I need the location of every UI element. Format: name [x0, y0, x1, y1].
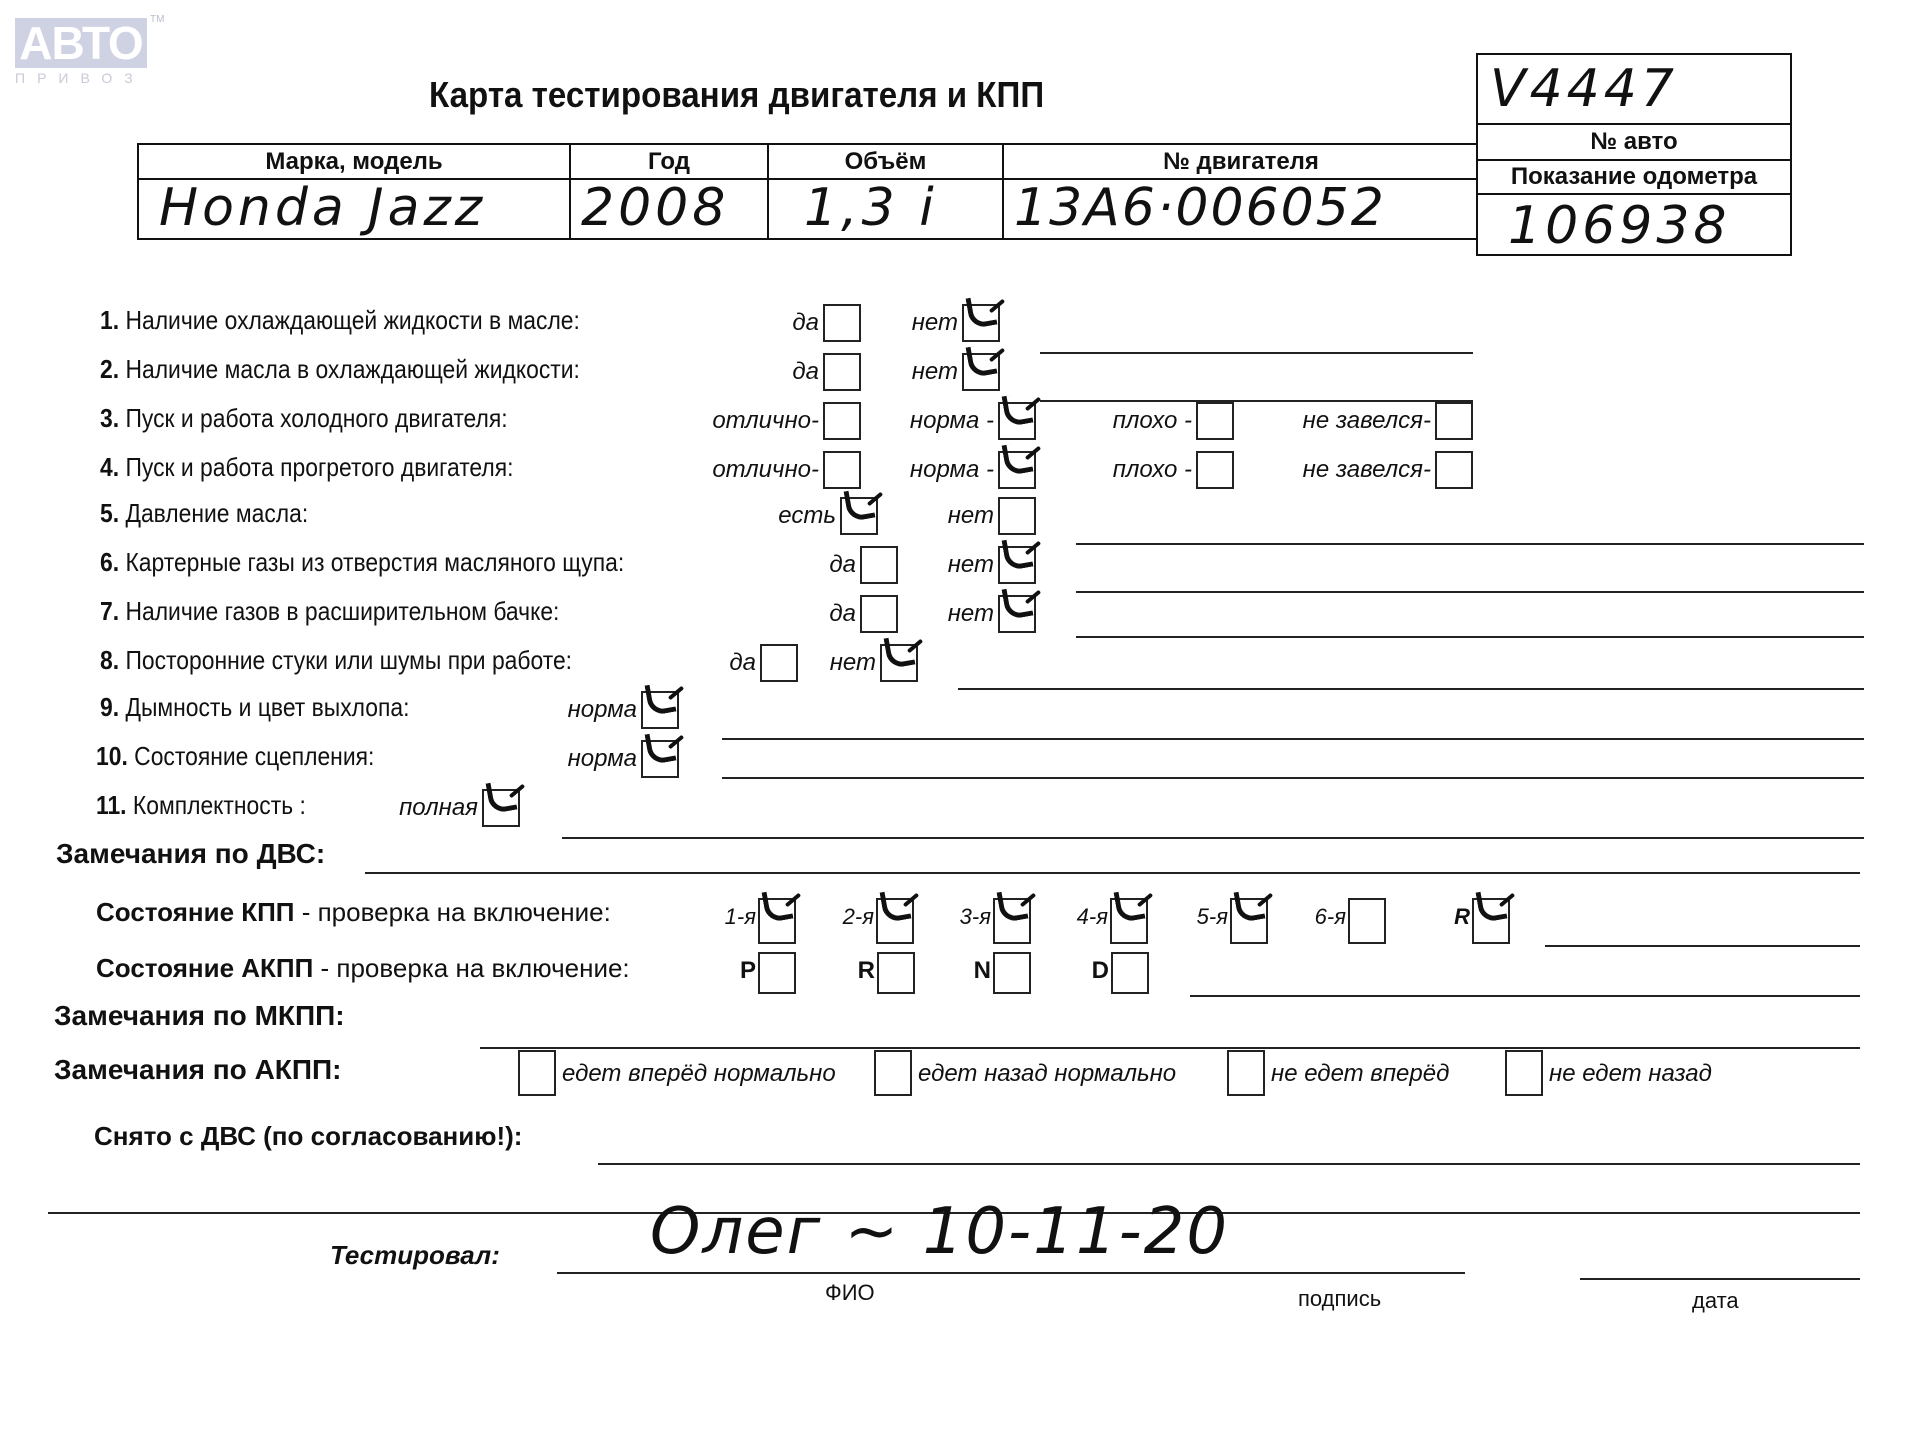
- logo-subtitle: ПРИВОЗ: [15, 70, 150, 86]
- removed-from-ice-line[interactable]: [598, 1163, 1860, 1165]
- auto-gearbox-line[interactable]: [1190, 995, 1860, 997]
- question-4-option-4-checkbox[interactable]: [1435, 451, 1473, 489]
- question-4-option-4-label: не завелся-: [1303, 456, 1431, 484]
- question-11-notes-line[interactable]: [562, 837, 1864, 839]
- question-4-option-3-checkbox[interactable]: [1196, 451, 1234, 489]
- question-1-option-2-checkbox[interactable]: [962, 304, 1000, 342]
- gear-1-label: 1-я: [725, 904, 756, 930]
- question-1-option-1-label: да: [792, 309, 819, 337]
- question-8-option-2-checkbox[interactable]: [880, 644, 918, 682]
- question-6-notes-line[interactable]: [1076, 591, 1864, 593]
- question-2-option-1-checkbox[interactable]: [823, 353, 861, 391]
- auto-remark-3-label: не едет вперёд: [1271, 1060, 1449, 1088]
- question-4-option-1-label: отлично-: [712, 456, 819, 484]
- auto-remark-4-label: не едет назад: [1549, 1060, 1712, 1088]
- question-1-option-2-label: нет: [912, 309, 958, 337]
- question-8-option-1-checkbox[interactable]: [760, 644, 798, 682]
- date-line[interactable]: [1580, 1278, 1860, 1280]
- question-1-option-1-checkbox[interactable]: [823, 304, 861, 342]
- question-9-option-1-label: норма: [568, 696, 637, 724]
- question-9-notes-line[interactable]: [722, 738, 1864, 740]
- auto-remark-1-label: едет вперёд нормально: [562, 1060, 836, 1088]
- question-8-option-1-label: да: [729, 649, 756, 677]
- question-6-label: 6. Картерные газы из отверстия масляного…: [100, 547, 624, 578]
- question-2-option-2-label: нет: [912, 358, 958, 386]
- car-number-value[interactable]: V4447: [1490, 55, 1678, 123]
- odometer-value[interactable]: 106938: [1508, 195, 1731, 257]
- auto-remark-4-checkbox[interactable]: [1505, 1050, 1543, 1096]
- gear-1-checkbox[interactable]: [758, 898, 796, 944]
- gear-6-label: 6-я: [1315, 904, 1346, 930]
- gear-5-checkbox[interactable]: [1230, 898, 1268, 944]
- auto-position-1-label: P: [740, 957, 756, 985]
- auto-remark-1-checkbox[interactable]: [518, 1050, 556, 1096]
- question-5-option-2-label: нет: [948, 502, 994, 530]
- auto-position-2-checkbox[interactable]: [877, 952, 915, 994]
- page-title: Карта тестирования двигателя и КПП: [429, 74, 1044, 116]
- auto-position-3-label: N: [974, 957, 991, 985]
- value-volume[interactable]: 1,3 i: [769, 178, 1002, 238]
- question-1-notes-line[interactable]: [1040, 352, 1473, 354]
- auto-remark-3-checkbox[interactable]: [1227, 1050, 1265, 1096]
- question-3-option-1-checkbox[interactable]: [823, 402, 861, 440]
- signature-handwriting[interactable]: Олег ~ 10-11-20: [650, 1195, 1229, 1269]
- value-make-model[interactable]: Honda Jazz: [139, 178, 569, 238]
- question-4-option-3-label: плохо -: [1113, 456, 1192, 484]
- auto-remark-2-checkbox[interactable]: [874, 1050, 912, 1096]
- question-6-option-1-label: да: [829, 551, 856, 579]
- question-7-option-2-label: нет: [948, 600, 994, 628]
- car-info-box: V4447 № авто Показание одометра 106938: [1476, 53, 1792, 256]
- auto-position-4-label: D: [1092, 957, 1109, 985]
- question-2-option-1-label: да: [792, 358, 819, 386]
- vehicle-table: Марка, модель Honda Jazz Год 2008 Объём …: [137, 143, 1478, 240]
- question-4-option-1-checkbox[interactable]: [823, 451, 861, 489]
- question-7-notes-line[interactable]: [1076, 636, 1864, 638]
- car-number-label: № авто: [1478, 125, 1790, 159]
- fio-caption: ФИО: [825, 1280, 875, 1306]
- gear-2-label: 2-я: [843, 904, 874, 930]
- removed-from-ice-label: Снято с ДВС (по согласованию!):: [94, 1121, 522, 1152]
- gear-4-checkbox[interactable]: [1110, 898, 1148, 944]
- remarks-ice-line[interactable]: [365, 872, 1860, 874]
- question-5-option-2-checkbox[interactable]: [998, 497, 1036, 535]
- header-year: Год: [571, 145, 767, 178]
- remarks-manual-line[interactable]: [480, 1047, 1860, 1049]
- manual-gearbox-line[interactable]: [1545, 945, 1860, 947]
- question-2-label: 2. Наличие масла в охлаждающей жидкости:: [100, 354, 580, 385]
- gear-7-label: R: [1454, 904, 1470, 930]
- question-3-option-4-checkbox[interactable]: [1435, 402, 1473, 440]
- gear-7-checkbox[interactable]: [1472, 898, 1510, 944]
- logo-trademark: TM: [150, 14, 164, 25]
- question-10-option-1-label: норма: [568, 745, 637, 773]
- question-3-option-3-checkbox[interactable]: [1196, 402, 1234, 440]
- question-9-label: 9. Дымность и цвет выхлопа:: [100, 692, 409, 723]
- tested-by-label: Тестировал:: [330, 1240, 500, 1271]
- question-11-label: 11. Комплектность :: [96, 790, 306, 821]
- question-4-option-2-label: норма -: [910, 456, 994, 484]
- gear-3-label: 3-я: [960, 904, 991, 930]
- question-6-option-2-label: нет: [948, 551, 994, 579]
- remarks-auto-label: Замечания по АКПП:: [54, 1054, 341, 1086]
- gear-6-checkbox[interactable]: [1348, 898, 1386, 944]
- question-8-label: 8. Посторонние стуки или шумы при работе…: [100, 645, 572, 676]
- auto-position-2-label: R: [858, 957, 875, 985]
- question-6-option-1-checkbox[interactable]: [860, 546, 898, 584]
- signature-caption: подпись: [1298, 1286, 1381, 1312]
- auto-position-1-checkbox[interactable]: [758, 952, 796, 994]
- manual-gearbox-label: Состояние КПП - проверка на включение:: [96, 897, 611, 928]
- question-7-option-2-checkbox[interactable]: [998, 595, 1036, 633]
- question-5-notes-line[interactable]: [1076, 543, 1864, 545]
- question-10-notes-line[interactable]: [722, 777, 1864, 779]
- question-5-option-1-label: есть: [778, 502, 836, 530]
- question-9-option-1-checkbox[interactable]: [641, 691, 679, 729]
- question-3-option-4-label: не завелся-: [1303, 407, 1431, 435]
- question-3-option-2-checkbox[interactable]: [998, 402, 1036, 440]
- question-3-option-2-label: норма -: [910, 407, 994, 435]
- question-10-option-1-checkbox[interactable]: [641, 740, 679, 778]
- gear-5-label: 5-я: [1197, 904, 1228, 930]
- question-10-label: 10. Состояние сцепления:: [96, 741, 374, 772]
- value-engine-number[interactable]: 13A6·006052: [1004, 178, 1478, 238]
- odometer-label: Показание одометра: [1478, 161, 1790, 193]
- header-engine-number: № двигателя: [1004, 145, 1478, 178]
- auto-gearbox-label: Состояние АКПП - проверка на включение:: [96, 953, 630, 984]
- question-4-option-2-checkbox[interactable]: [998, 451, 1036, 489]
- question-2-option-2-checkbox[interactable]: [962, 353, 1000, 391]
- gear-3-checkbox[interactable]: [993, 898, 1031, 944]
- question-8-notes-line[interactable]: [958, 688, 1864, 690]
- question-7-option-1-label: да: [829, 600, 856, 628]
- fio-signature-line[interactable]: [557, 1272, 1465, 1274]
- header-volume: Объём: [769, 145, 1002, 178]
- gear-4-label: 4-я: [1077, 904, 1108, 930]
- question-2-notes-line[interactable]: [1040, 400, 1473, 402]
- question-7-option-1-checkbox[interactable]: [860, 595, 898, 633]
- question-8-option-2-label: нет: [830, 649, 876, 677]
- auto-position-4-checkbox[interactable]: [1111, 952, 1149, 994]
- logo: АВТО: [15, 18, 147, 68]
- remarks-ice-label: Замечания по ДВС:: [56, 838, 325, 870]
- question-3-option-3-label: плохо -: [1113, 407, 1192, 435]
- question-1-label: 1. Наличие охлаждающей жидкости в масле:: [100, 305, 580, 336]
- question-11-option-1-label: полная: [399, 794, 478, 822]
- question-5-label: 5. Давление масла:: [100, 498, 308, 529]
- date-caption: дата: [1692, 1288, 1739, 1314]
- question-5-option-1-checkbox[interactable]: [840, 497, 878, 535]
- question-7-label: 7. Наличие газов в расширительном бачке:: [100, 596, 559, 627]
- value-year[interactable]: 2008: [571, 178, 767, 238]
- remarks-manual-label: Замечания по МКПП:: [54, 1000, 345, 1032]
- gear-2-checkbox[interactable]: [876, 898, 914, 944]
- auto-position-3-checkbox[interactable]: [993, 952, 1031, 994]
- question-3-label: 3. Пуск и работа холодного двигателя:: [100, 403, 508, 434]
- auto-remark-2-label: едет назад нормально: [918, 1060, 1176, 1088]
- question-4-label: 4. Пуск и работа прогретого двигателя:: [100, 452, 513, 483]
- question-3-option-1-label: отлично-: [712, 407, 819, 435]
- question-6-option-2-checkbox[interactable]: [998, 546, 1036, 584]
- header-make-model: Марка, модель: [139, 145, 569, 178]
- question-11-option-1-checkbox[interactable]: [482, 789, 520, 827]
